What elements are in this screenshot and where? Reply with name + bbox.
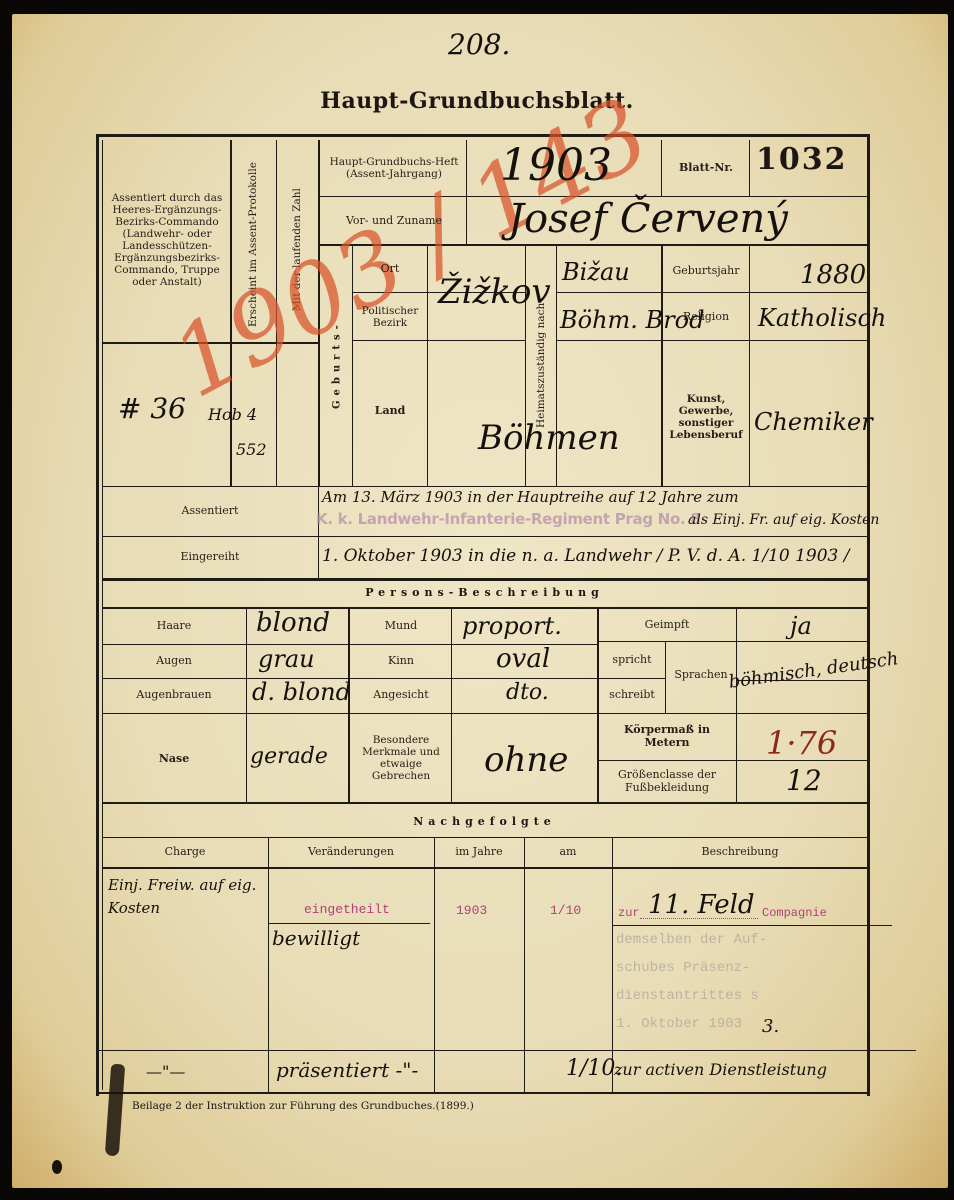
heimat-label: Heimatszuständig nach — [528, 260, 554, 470]
blatt-value: 1032 — [756, 142, 848, 177]
brauen-label: Augenbrauen — [104, 681, 244, 709]
mund-label: Mund — [352, 612, 450, 640]
haare-value: blond — [256, 608, 330, 638]
heft-label: Haupt-Grundbuchs-Heft (Assent-Jahrgang) — [328, 142, 460, 194]
sprachen-label: Sprachen — [666, 660, 736, 690]
geburts-group-label: Geburts- — [326, 300, 348, 430]
geimpft-value: ja — [790, 612, 812, 640]
assentiert-value-line2: als Einj. Fr. auf eig. Kosten — [688, 512, 879, 528]
koerpermass-label: Körpermaß in Metern — [600, 718, 734, 756]
assentiert-label: Assentiert — [104, 496, 316, 526]
col-jahre: im Jahre — [436, 840, 522, 864]
schuh-label: Größenclasse der Fußbekleidung — [600, 764, 734, 800]
row1-beschr-suffix: Compagnie — [762, 906, 827, 920]
assent-unit-value: # 36 — [118, 392, 186, 425]
row1-am: 1/10 — [550, 903, 581, 918]
page-title: Haupt-Grundbuchsblatt. — [0, 88, 954, 114]
merkmale-label: Besondere Merkmale und etwaige Gebrechen — [352, 728, 450, 788]
geimpft-label: Geimpft — [600, 612, 734, 638]
eingereiht-value: 1. Oktober 1903 in die n. a. Landwehr / … — [322, 546, 849, 566]
name-label: Vor- und Zuname — [328, 204, 460, 238]
assentiert-durch-label: Assentiert durch das Heeres-Ergänzungs-B… — [106, 180, 228, 300]
schuh-value: 12 — [786, 764, 822, 797]
row1-veraenderung-hand: bewilligt — [272, 926, 360, 950]
name-value: Josef Červený — [508, 196, 788, 242]
row1-charge: Einj. Freiw. auf eig. Kosten — [108, 874, 266, 919]
row1-beschr-prefix: zur — [618, 906, 640, 920]
row2-charge: —"— — [146, 1062, 185, 1081]
row1-ghost-line-4: 1. Oktober 1903 — [616, 1016, 742, 1032]
col-charge: Charge — [104, 840, 266, 864]
augen-value: grau — [258, 645, 315, 673]
koerpermass-value: 1·76 — [766, 724, 837, 762]
col-am: am — [526, 840, 610, 864]
col-veraenderungen: Veränderungen — [270, 840, 432, 864]
spricht-label: spricht — [600, 646, 664, 674]
augen-label: Augen — [104, 647, 244, 675]
ort-label: Ort — [354, 254, 426, 284]
haare-label: Haare — [104, 612, 244, 640]
geburtsjahr-value: 1880 — [800, 260, 866, 290]
assentiert-value-line1: Am 13. März 1903 in der Hauptreihe auf 1… — [322, 488, 739, 506]
col-beschreibung: Beschreibung — [614, 840, 866, 864]
religion-value: Katholisch — [758, 304, 886, 332]
changes-section-title: Nachgefolgte — [102, 815, 867, 828]
brauen-value: d. blond — [252, 678, 351, 706]
kinn-label: Kinn — [352, 647, 450, 675]
angesicht-value: dto. — [506, 680, 549, 705]
merkmale-value: ohne — [484, 740, 568, 780]
page-number: 208. — [448, 28, 510, 61]
description-section-title: Persons-Beschreibung — [102, 586, 867, 599]
row2-beschreibung: zur activen Dienstleistung — [614, 1060, 827, 1079]
row1-jahr: 1903 — [456, 903, 487, 918]
geburtsjahr-label: Geburtsjahr — [664, 256, 748, 286]
row1-ghost-line-3: dienstantrittes s — [616, 988, 759, 1004]
religion-label: Religion — [664, 302, 748, 332]
row1-ghost-line-2: schubes Präsenz- — [616, 960, 750, 976]
row1-beschr-hand: 11. Feld — [648, 890, 755, 920]
nase-value: gerade — [250, 744, 328, 769]
footer-note: Beilage 2 der Instruktion zur Führung de… — [132, 1100, 474, 1112]
kinn-value: oval — [496, 644, 550, 674]
row1-ghost-line-1: demselben der Auf- — [616, 932, 767, 948]
bezirk-label: Politischer Bezirk — [354, 298, 426, 336]
regiment-stamp: K. k. Landwehr-Infanterie-Regiment Prag … — [316, 510, 700, 528]
beruf-value: Chemiker — [754, 408, 873, 436]
row1-veraenderung-print: eingetheilt — [304, 902, 390, 917]
mund-value: proport. — [462, 612, 562, 640]
ink-stain-dot — [52, 1160, 62, 1174]
row2-veraenderung: präsentiert -"- — [276, 1058, 418, 1082]
schreibt-label: schreibt — [600, 681, 664, 709]
heft-value: 1903 — [500, 140, 612, 191]
land-label: Land — [354, 396, 426, 426]
blatt-label: Blatt-Nr. — [664, 150, 748, 186]
heimat-ort-value: Bižau — [562, 258, 630, 286]
nase-label: Nase — [104, 744, 244, 774]
row1-ghost-hand: 3. — [762, 1016, 779, 1037]
eingereiht-label: Eingereiht — [104, 542, 316, 572]
laufende-zahl-value: 552 — [236, 440, 267, 459]
beruf-label: Kunst, Gewerbe, sonstiger Lebensberuf — [664, 382, 748, 452]
angesicht-label: Angesicht — [352, 681, 450, 709]
